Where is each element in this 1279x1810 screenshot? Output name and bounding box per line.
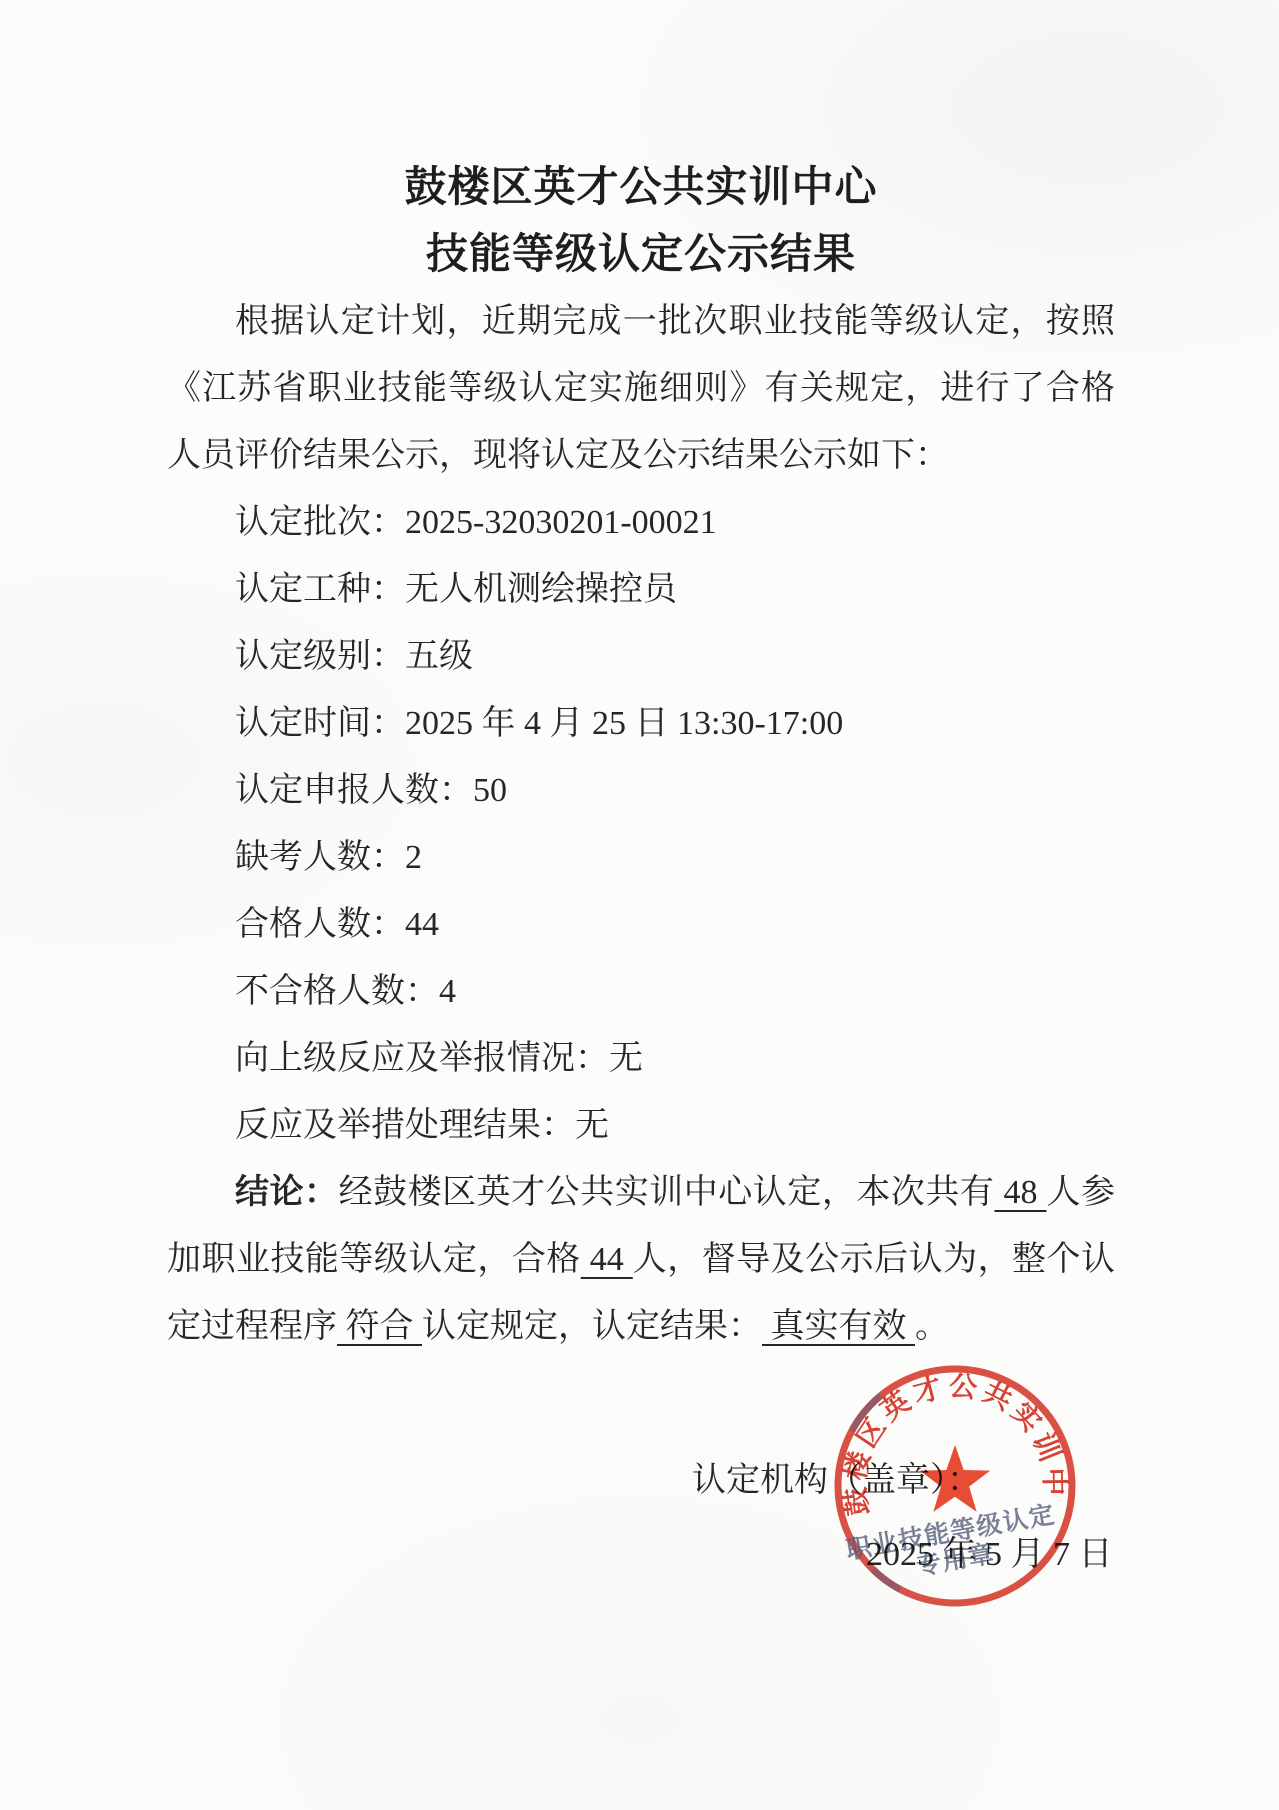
detail-colon: ： bbox=[371, 571, 405, 608]
detail-label: 认定时间 bbox=[235, 705, 371, 742]
star-icon bbox=[920, 1445, 990, 1512]
detail-colon: ： bbox=[371, 839, 405, 876]
detail-row-passed: 合格人数：44 bbox=[167, 891, 1115, 958]
detail-row-reports: 向上级反应及举报情况：无 bbox=[167, 1025, 1115, 1092]
detail-row-time: 认定时间：2025 年 4 月 25 日 13:30-17:00 bbox=[167, 690, 1115, 757]
detail-colon: ： bbox=[371, 906, 405, 943]
detail-row-applicants: 认定申报人数：50 bbox=[167, 757, 1115, 824]
detail-label: 合格人数 bbox=[235, 906, 371, 943]
detail-label: 认定工种 bbox=[235, 571, 371, 608]
detail-value: 无人机测绘操控员 bbox=[405, 571, 677, 608]
conclusion-result-value: 真实有效 bbox=[762, 1308, 915, 1345]
conclusion-compliance-value: 符合 bbox=[337, 1308, 422, 1345]
detail-colon: ： bbox=[371, 705, 405, 742]
detail-value: 2025 年 4 月 25 日 13:30-17:00 bbox=[405, 705, 843, 742]
detail-colon: ： bbox=[439, 772, 473, 809]
detail-label: 向上级反应及举报情况 bbox=[235, 1040, 575, 1077]
detail-value: 无 bbox=[575, 1107, 609, 1144]
detail-row-absent: 缺考人数：2 bbox=[167, 824, 1115, 891]
detail-value: 2 bbox=[405, 839, 422, 876]
detail-value: 无 bbox=[609, 1040, 643, 1077]
detail-label: 反应及举措处理结果 bbox=[235, 1107, 541, 1144]
detail-colon: ： bbox=[575, 1040, 609, 1077]
detail-row-failed: 不合格人数：4 bbox=[167, 958, 1115, 1025]
page-title-line2: 技能等级认定公示结果 bbox=[167, 231, 1115, 279]
detail-row-occupation: 认定工种：无人机测绘操控员 bbox=[167, 556, 1115, 623]
detail-label: 认定申报人数 bbox=[235, 772, 439, 809]
detail-label: 认定批次 bbox=[235, 504, 371, 541]
detail-label: 缺考人数 bbox=[235, 839, 371, 876]
detail-colon: ： bbox=[371, 638, 405, 675]
detail-value: 2025-32030201-00021 bbox=[405, 504, 717, 541]
detail-value: 50 bbox=[473, 772, 507, 809]
detail-label: 不合格人数 bbox=[235, 973, 405, 1010]
document-body: 根据认定计划，近期完成一批次职业技能等级认定，按照《江苏省职业技能等级认定实施细… bbox=[167, 288, 1115, 1360]
intro-paragraph: 根据认定计划，近期完成一批次职业技能等级认定，按照《江苏省职业技能等级认定实施细… bbox=[167, 288, 1115, 489]
conclusion-pass-count: 44 bbox=[581, 1241, 633, 1278]
conclusion-total-count: 48 bbox=[994, 1174, 1046, 1211]
detail-row-level: 认定级别：五级 bbox=[167, 623, 1115, 690]
scanned-document-page: 鼓楼区英才公共实训中心 技能等级认定公示结果 根据认定计划，近期完成一批次职业技… bbox=[0, 0, 1279, 1810]
detail-colon: ： bbox=[371, 504, 405, 541]
detail-value: 44 bbox=[405, 906, 439, 943]
conclusion-text: 认定规定，认定结果： bbox=[422, 1308, 762, 1345]
conclusion-text: 。 bbox=[915, 1308, 949, 1345]
conclusion-paragraph: 结论：经鼓楼区英才公共实训中心认定，本次共有 48 人参加职业技能等级认定，合格… bbox=[167, 1159, 1115, 1360]
conclusion-lead: 结论： bbox=[235, 1174, 339, 1211]
detail-value: 五级 bbox=[405, 638, 473, 675]
conclusion-text: 经鼓楼区英才公共实训中心认定，本次共有 bbox=[339, 1174, 995, 1211]
detail-colon: ： bbox=[541, 1107, 575, 1144]
official-seal: 鼓楼区英才公共实训中心 职业技能等级认定 专用章 bbox=[824, 1360, 1086, 1622]
detail-row-handling: 反应及举措处理结果：无 bbox=[167, 1092, 1115, 1159]
page-title-line1: 鼓楼区英才公共实训中心 bbox=[167, 164, 1115, 212]
detail-value: 4 bbox=[439, 973, 456, 1010]
detail-row-batch: 认定批次：2025-32030201-00021 bbox=[167, 489, 1115, 556]
detail-colon: ： bbox=[405, 973, 439, 1010]
detail-label: 认定级别 bbox=[235, 638, 371, 675]
